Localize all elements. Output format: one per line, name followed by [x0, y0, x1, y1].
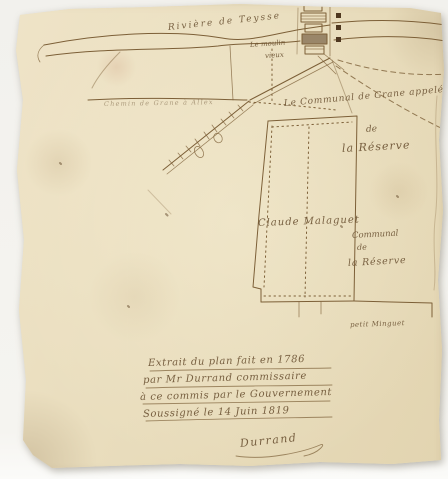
tree-1	[193, 145, 206, 159]
plot-inner-top-dotted	[272, 122, 352, 127]
river-right-lower	[334, 37, 446, 41]
plot-extension-right	[354, 301, 432, 317]
mill-outbuilding-3	[336, 37, 341, 42]
road-to-mill-a	[250, 58, 330, 100]
communal-right-label-line2: de	[357, 242, 367, 252]
dashed-track-1	[338, 60, 446, 75]
mill-outbuilding-2	[336, 25, 341, 30]
manuscript-paper: Rivière de Teysse Le moulin vieux Chemin…	[0, 0, 448, 479]
plot-bottom-ticks	[299, 302, 321, 317]
plot-left-edge	[253, 121, 268, 302]
paper-shadow: Rivière de Teysse Le moulin vieux Chemin…	[0, 0, 448, 479]
river-left-end	[38, 45, 44, 62]
ladder-road-b	[167, 105, 253, 174]
mill-dark-block	[302, 34, 327, 44]
plot-bottom-edge	[261, 301, 354, 302]
right-margin-fold	[434, 96, 437, 290]
scanned-manuscript-plan: Rivière de Teysse Le moulin vieux Chemin…	[0, 0, 448, 479]
ink-specks	[60, 163, 398, 307]
mill-chute	[318, 54, 344, 74]
plot-center-dotted	[305, 127, 309, 297]
crease-mark	[148, 190, 171, 214]
mill-left-wall	[297, 8, 298, 54]
boundary-vertical	[230, 46, 233, 100]
mill-roof	[304, 3, 322, 11]
paper-marks	[60, 163, 398, 307]
mill-upper-block	[301, 13, 326, 22]
mill-outbuilding-1	[336, 13, 341, 18]
ladder-road-a	[163, 101, 249, 170]
river-lines	[38, 21, 446, 88]
communal-top-label-line2: de	[366, 124, 378, 135]
mill-lower-block	[305, 46, 324, 54]
river-branch	[92, 52, 120, 88]
mill-upper-hatch	[301, 16, 326, 19]
roads	[88, 46, 446, 290]
mill-label-line2: vieux	[265, 51, 284, 60]
river-right-upper	[332, 21, 446, 25]
